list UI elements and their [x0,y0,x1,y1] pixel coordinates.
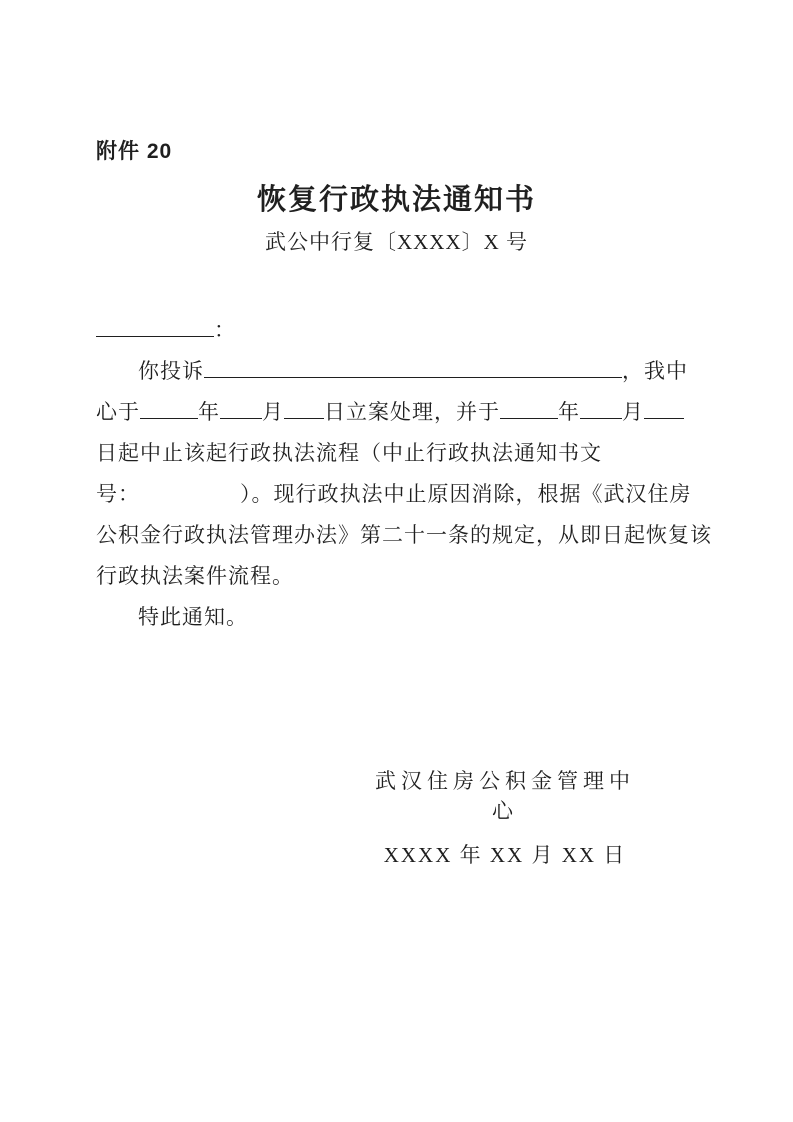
fill-in-blank-underline [580,416,622,419]
body-line-2: 心于年月日立案处理，并于年月 [96,392,701,433]
text-segment: 行政执法案件流程。 [96,564,294,588]
text-segment: 号： [96,482,140,506]
fill-in-blank-underline [500,416,558,419]
document-page: 附件 20 恢复行政执法通知书 武公中行复〔XXXX〕X 号 ：你投诉，我中心于… [0,0,793,1122]
text-segment: 你投诉 [138,359,204,383]
text-segment: 心于 [96,400,140,424]
text-segment: 年 [558,400,580,424]
attachment-label: 附件 20 [96,140,172,164]
fill-in-blank-underline [644,416,684,419]
body-line-5: 公积金行政执法管理办法》第二十一条的规定，从即日起恢复该 [96,515,701,556]
text-segment: ）。现行政执法中止原因消除，根据《武汉住房 [240,482,692,506]
text-segment: 日起中止该起行政执法流程（中止行政执法通知书文 [96,441,602,465]
blank-space [140,499,240,501]
text-segment: 特此通知。 [138,605,248,629]
signature-block: 武汉住房公积金管理中心 XXXX 年 XX 月 XX 日 [368,766,642,870]
fill-in-blank-underline [220,416,262,419]
text-segment: 月 [262,400,284,424]
body-line-4: 号：）。现行政执法中止原因消除，根据《武汉住房 [96,474,701,515]
signature-organization: 武汉住房公积金管理中心 [368,766,642,826]
body-line-6: 行政执法案件流程。 [96,556,701,597]
text-segment: 月 [622,400,644,424]
text-segment: 公积金行政执法管理办法》第二十一条的规定，从即日起恢复该 [96,523,712,547]
body-line-1: 你投诉，我中 [96,351,701,392]
text-segment: ： [214,318,236,342]
text-segment: 日立案处理，并于 [324,400,500,424]
fill-in-blank-underline [284,416,324,419]
fill-in-blank-underline [204,375,622,378]
doc-number: 武公中行复〔XXXX〕X 号 [0,229,793,255]
fill-in-blank-underline [140,416,198,419]
doc-title: 恢复行政执法通知书 [0,183,793,217]
body-line-7: 特此通知。 [96,597,701,638]
text-segment: ，我中 [622,359,688,383]
recipient-line: ： [96,310,701,351]
signature-date: XXXX 年 XX 月 XX 日 [368,840,642,870]
fill-in-blank-underline [96,334,214,337]
doc-body: ：你投诉，我中心于年月日立案处理，并于年月日起中止该起行政执法流程（中止行政执法… [96,310,701,638]
text-segment: 年 [198,400,220,424]
body-line-3: 日起中止该起行政执法流程（中止行政执法通知书文 [96,433,701,474]
